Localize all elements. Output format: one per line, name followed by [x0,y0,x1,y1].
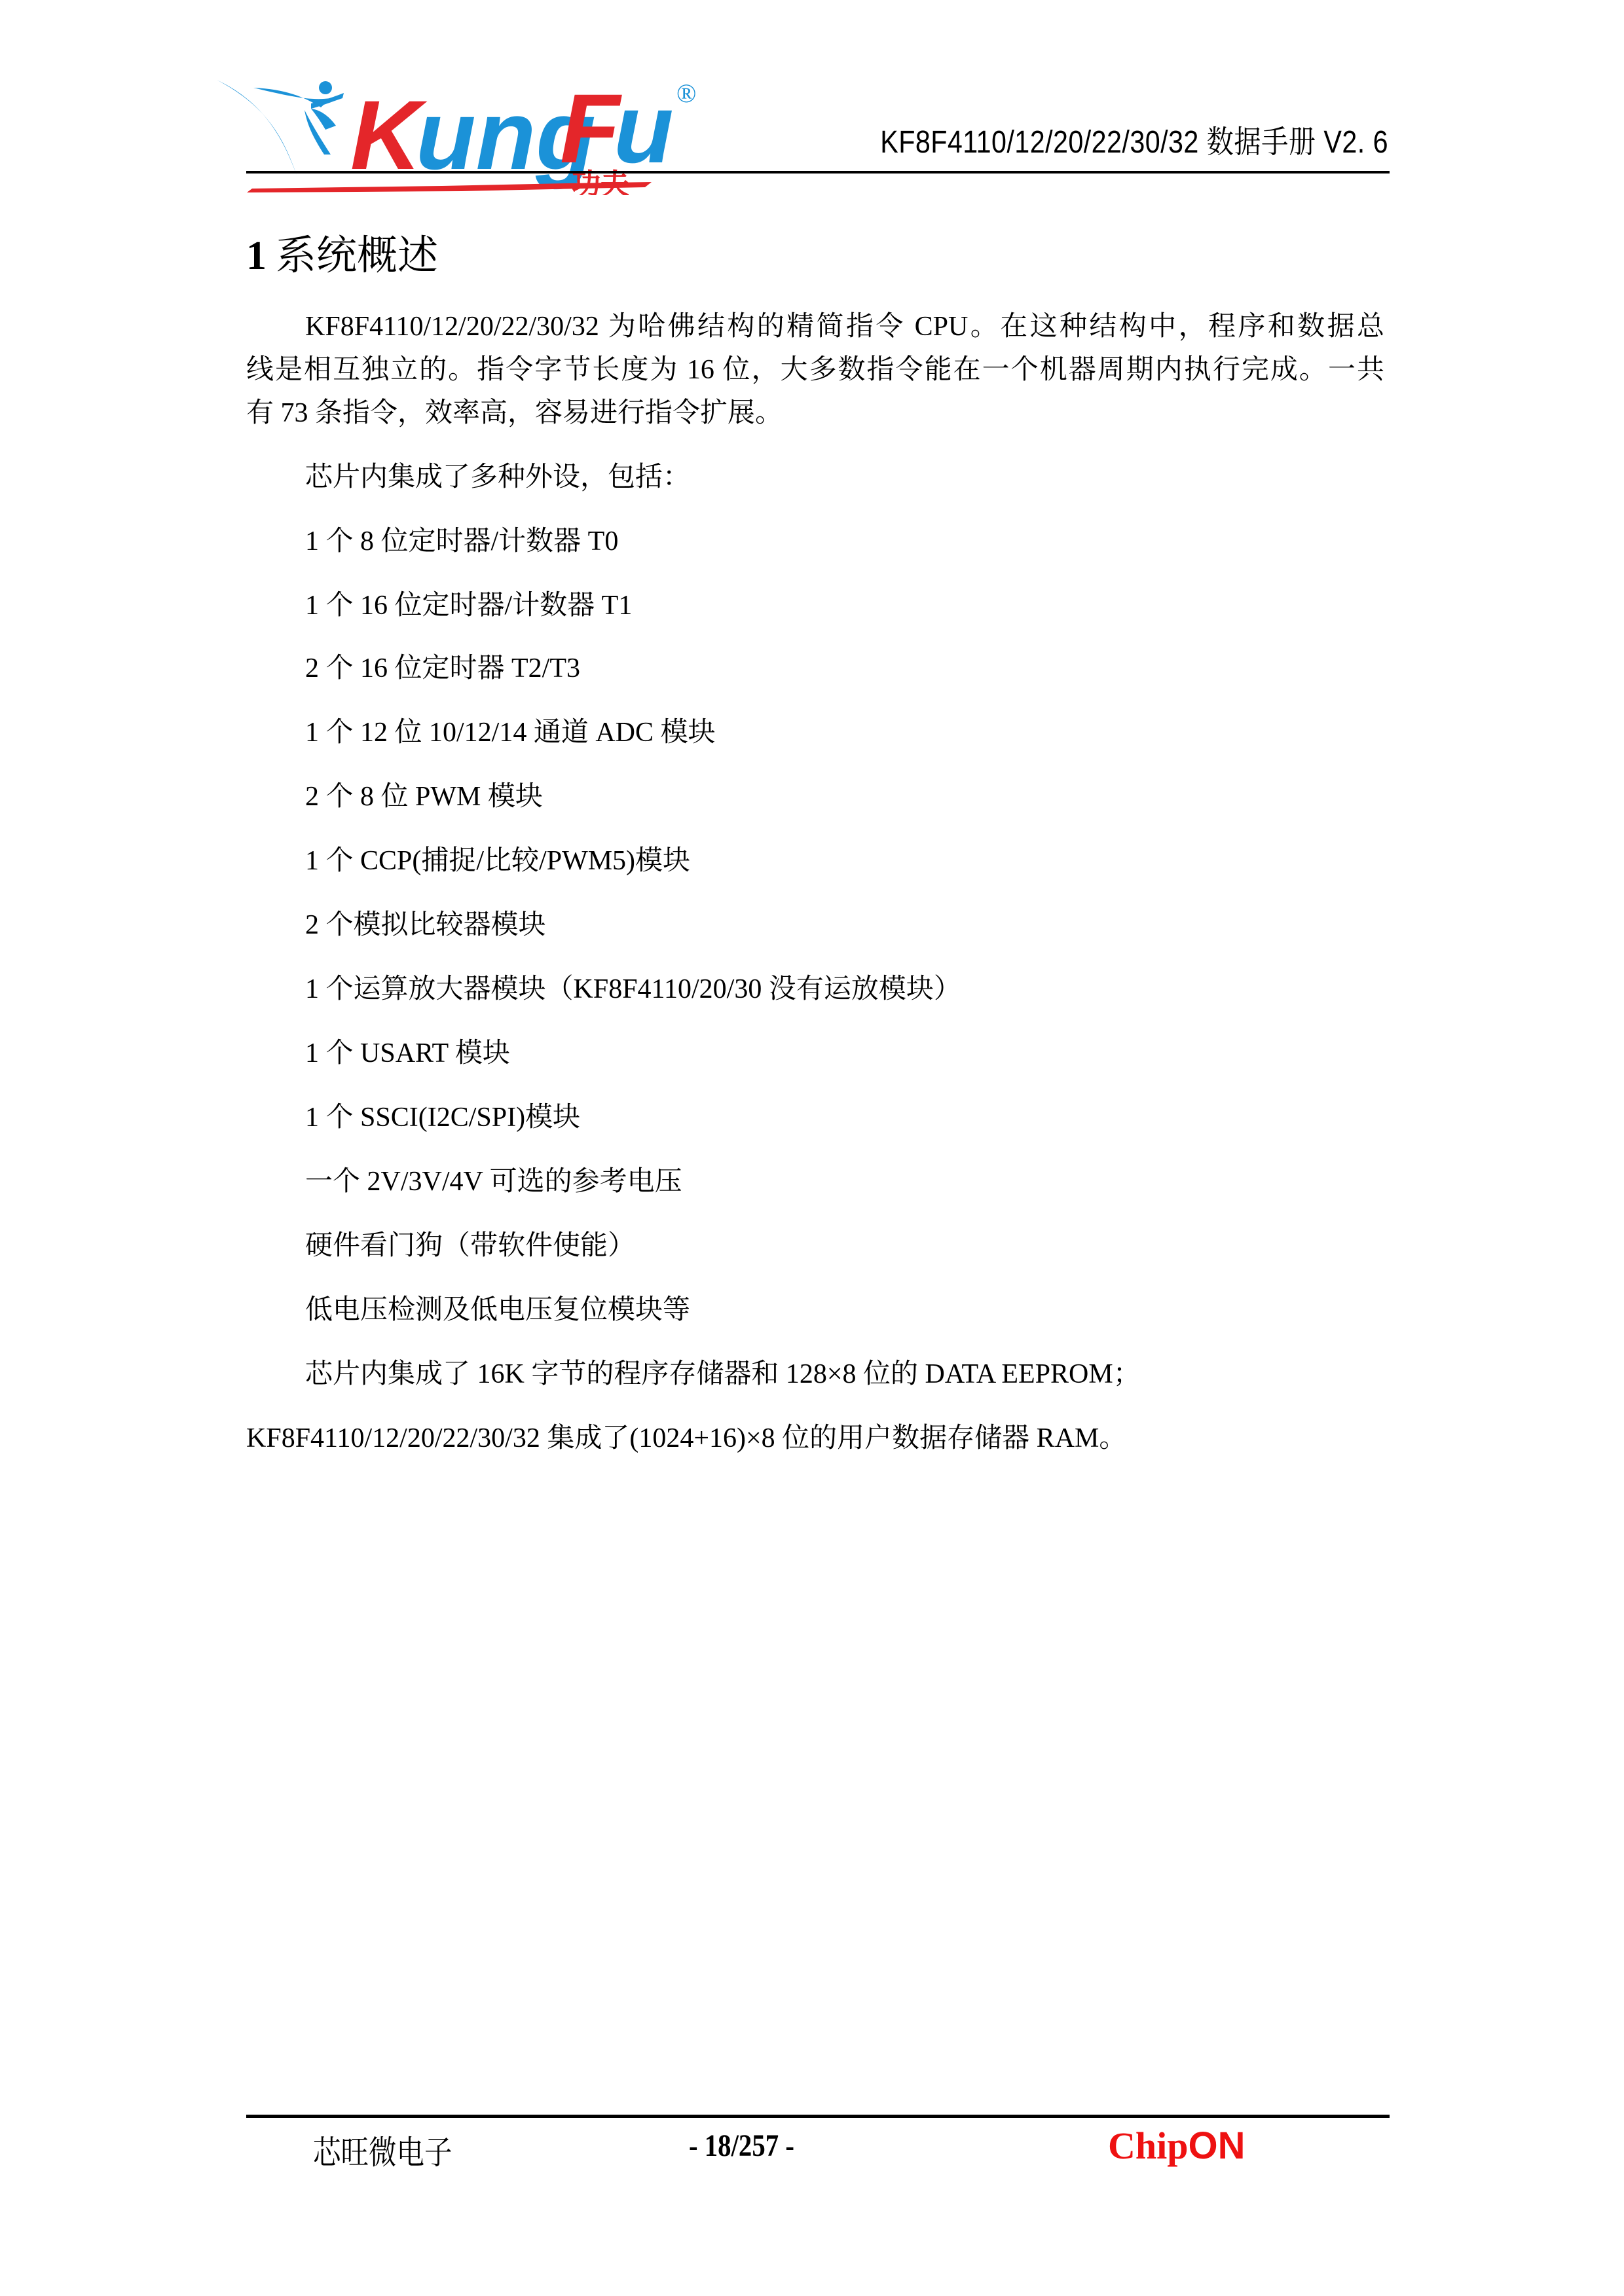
footer-company-name: 芯旺微电子 [313,2126,452,2174]
section-heading: 1系统概述 [246,223,438,281]
intro-paragraph-line: 线是相互独立的。指令字节长度为 16 位，大多数指令能在一个机器周期内执行完成。… [246,356,1384,384]
kungfu-logo: K ung F u ® 功夫 [213,71,710,195]
intro-paragraph-line: KF8F4110/12/20/22/30/32 为哈佛结构的精简指令 CPU。在… [305,313,1384,340]
intro-paragraph-line: 有 73 条指令，效率高，容易进行指令扩展。 [246,399,783,427]
peripheral-item: 1 个 16 位定时器/计数器 T1 [305,592,632,619]
peripheral-item: 2 个 8 位 PWM 模块 [305,783,543,811]
peripheral-item: 1 个 8 位定时器/计数器 T0 [305,528,618,555]
document-title: KF8F4110/12/20/22/30/32 数据手册 V2. 6 [880,117,1388,162]
peripheral-item: 一个 2V/3V/4V 可选的参考电压 [305,1168,682,1195]
memory-paragraph-line: KF8F4110/12/20/22/30/32 集成了(1024+16)×8 位… [246,1425,1126,1452]
memory-paragraph-line: 芯片内集成了 16K 字节的程序存储器和 128×8 位的 DATA EEPRO… [305,1360,1141,1388]
brand-on: ON [1189,2124,1246,2167]
section-number: 1 [246,234,267,278]
peripheral-item: 低电压检测及低电压复位模块等 [305,1296,690,1324]
section-title: 系统概述 [276,234,438,278]
registered-mark: ® [676,79,696,108]
brand-chip: Chip [1108,2124,1189,2167]
kicking-figure-icon [217,80,344,175]
peripheral-item: 2 个 16 位定时器 T2/T3 [305,655,580,682]
peripheral-item: 1 个 CCP(捕捉/比较/PWM5)模块 [305,847,690,875]
datasheet-page: K ung F u ® 功夫 KF8F4110/12/20/22/30/32 数… [0,0,1624,2296]
peripheral-item: 1 个运算放大器模块（KF8F4110/20/30 没有运放模块） [305,975,961,1003]
peripheral-item: 1 个 SSCI(I2C/SPI)模块 [305,1104,580,1131]
peripheral-item: 1 个 12 位 10/12/14 通道 ADC 模块 [305,719,716,746]
peripherals-intro: 芯片内集成了多种外设，包括： [305,464,690,491]
footer-divider [246,2115,1390,2118]
header-divider [246,171,1390,173]
page-number: - 18/257 - [689,2128,794,2164]
chipon-logo: ChipON [1108,2124,1246,2168]
logo-letter-f: F [560,73,622,183]
peripheral-item: 2 个模拟比较器模块 [305,911,546,939]
peripheral-item: 硬件看门狗（带软件使能） [305,1232,635,1260]
peripheral-item: 1 个 USART 模块 [305,1040,510,1067]
logo-letter-u: u [614,73,674,183]
